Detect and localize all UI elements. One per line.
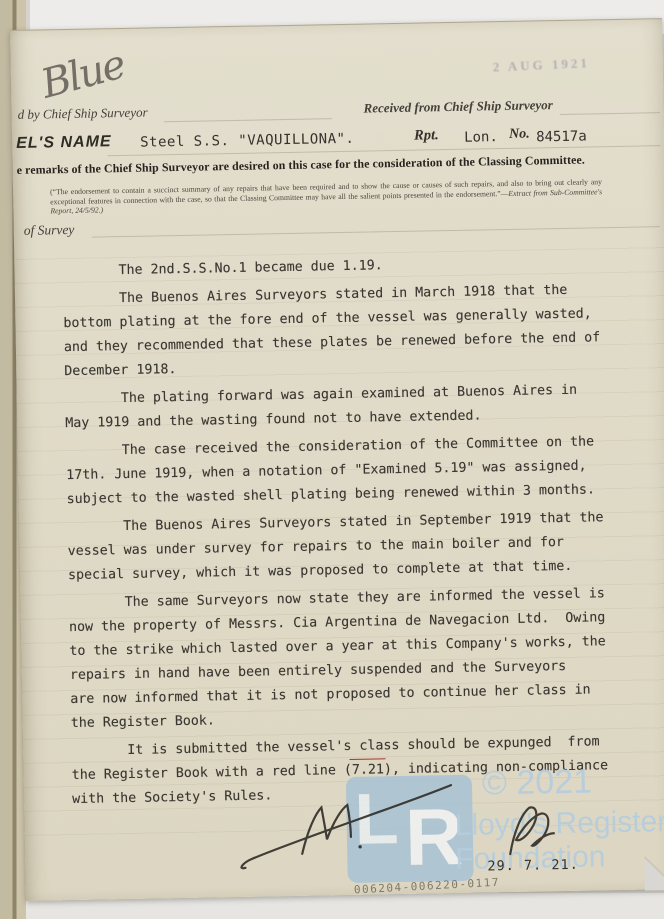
blank-line (560, 112, 660, 115)
paragraph-ownership-strike: The same Surveyors now state they are in… (68, 582, 627, 736)
signature-flourish (240, 785, 452, 868)
paragraph-september-1919: The Buenos Aires Surveyors stated in Sep… (67, 506, 624, 588)
scanned-document: L R © 2021 Lloyd's Register Foundation B… (0, 0, 664, 919)
submission-line1: It is submitted the vessel's class shoul… (71, 734, 600, 759)
survey-field-label: of Survey (24, 222, 75, 239)
typed-report-body: The 2nd.S.S.No.1 became due 1.19. The Bu… (62, 250, 628, 816)
report-port-value: Lon. (464, 129, 498, 146)
date-stamp: 2 AUG 1921 (493, 55, 591, 75)
blank-line (164, 118, 332, 122)
page-corner-fold (644, 856, 664, 891)
signature-period (358, 845, 361, 848)
vessel-name-value: Steel S.S. "VAQUILLONA". (140, 131, 355, 151)
field-label-by-chief-ship-surveyor: d by Chief Ship Surveyor (17, 105, 147, 123)
handwritten-note-blue: Blue (36, 42, 129, 108)
number-label: No. (509, 127, 530, 143)
document-page: L R © 2021 Lloyd's Register Foundation B… (10, 18, 664, 901)
signature-second-initials (509, 807, 554, 854)
paragraph-march-1918: The Buenos Aires Surveyors stated in Mar… (63, 278, 621, 384)
typed-date: 29. 7. 21. (487, 857, 579, 875)
endorsement-footnote: (“The endorsement to contain a succinct … (50, 177, 602, 216)
field-label-received-from-chief-ship-surveyor: Received from Chief Ship Surveyor (363, 97, 552, 116)
paragraph-committee-june-1919: The case received the consideration of t… (66, 430, 623, 512)
report-number: 84517a (536, 128, 587, 145)
paragraph-may-1919: The plating forward was again examined a… (65, 378, 622, 436)
signature-initial-m (301, 805, 351, 854)
vessel-name-label: EL'S NAME (16, 133, 112, 153)
signature-ink (209, 769, 571, 896)
report-label: Rpt. (414, 127, 439, 144)
